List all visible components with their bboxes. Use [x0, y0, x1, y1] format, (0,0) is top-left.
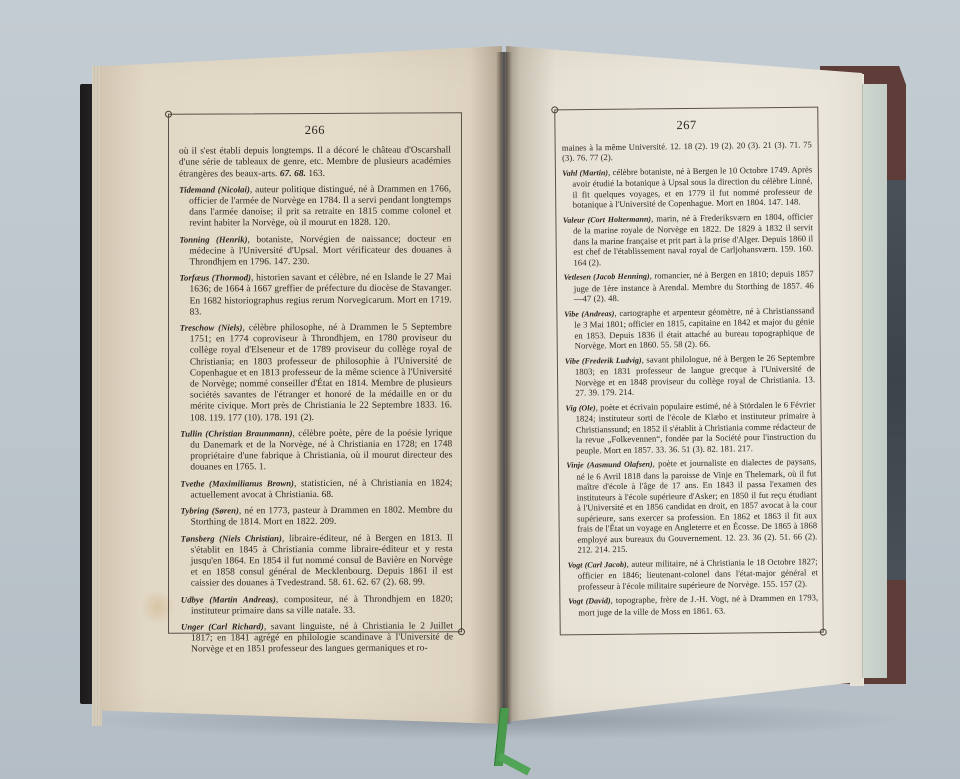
biography-entry: Vahl (Martin), célèbre botaniste, né à B… — [562, 164, 813, 210]
entry-name: Tullin (Christian Braunmann) — [180, 428, 292, 438]
biography-entry: Unger (Carl Richard), savant linguiste, … — [181, 620, 453, 656]
biography-entry: Vinje (Aasmund Olafsen), poète et journa… — [566, 456, 817, 555]
biography-entry: Vogt (David), topographe, frère de J.-H.… — [568, 592, 818, 617]
entry-name: Vibe (Andreas) — [564, 309, 614, 319]
entry-name: Vogt (David) — [568, 596, 611, 606]
entry-name: Tidemand (Nicolai) — [179, 184, 250, 194]
biography-entry: Vibe (Andreas), cartographe et arpenteur… — [564, 305, 815, 351]
entry-name: Tonning (Henrik) — [179, 234, 247, 244]
entry-name: Treschow (Niels) — [180, 322, 243, 332]
continuation-entry: maines à la même Université. 12. 18 (2).… — [562, 139, 812, 163]
biography-entry: Tønsberg (Niels Christian), libraire-édi… — [181, 532, 453, 590]
entry-name: Udbye (Martin Andreas) — [181, 594, 276, 604]
entry-name: Tønsberg (Niels Christian) — [181, 533, 282, 543]
biography-entry: Torfæus (Thormod), historien savant et c… — [179, 272, 451, 319]
entry-name: Vahl (Martin) — [562, 168, 608, 178]
biography-entry: Vetlesen (Jacob Henning), romancier, né … — [564, 268, 814, 304]
continuation-entry: où il s'est établi depuis longtemps. Il … — [179, 146, 451, 181]
right-endpaper — [862, 84, 887, 678]
entry-name: Tybring (Søren) — [180, 505, 238, 515]
biography-entry: Treschow (Niels), célèbre philosophe, né… — [180, 321, 452, 424]
entry-name: Vibe (Frederik Ludvig) — [565, 355, 642, 365]
biography-entry: Vogt (Carl Jacob), auteur militaire, né … — [568, 556, 818, 592]
entry-name: Vinje (Aasmund Olafsen) — [566, 460, 652, 470]
page-number-left: 266 — [179, 124, 451, 136]
entry-name: Vig (Ole) — [565, 403, 595, 412]
book-gutter — [496, 52, 512, 724]
biography-entry: Udbye (Martin Andreas), compositeur, né … — [181, 593, 453, 618]
biography-entry: Vig (Ole), poète et écrivain populaire e… — [565, 399, 816, 456]
biography-entry: Tonning (Henrik), botaniste, Norvégien d… — [179, 233, 451, 269]
biography-entry: Valeur (Cort Holtermann), marin, né à Fr… — [563, 211, 814, 268]
page-number-right: 267 — [562, 118, 812, 132]
entry-name: Unger (Carl Richard) — [181, 621, 264, 631]
right-cover-cloth — [886, 180, 906, 580]
entry-name: Tvethe (Maximilianus Brown) — [180, 478, 294, 488]
biography-entry: Tybring (Søren), né en 1773, pasteur à D… — [180, 504, 452, 529]
right-page-text: 267 maines à la même Université. 12. 18 … — [562, 118, 819, 621]
entry-name: Torfæus (Thormod) — [179, 273, 251, 283]
left-page-text: 266 où il s'est établi depuis longtemps.… — [179, 124, 453, 660]
biography-entry: Tvethe (Maximilianus Brown), statisticie… — [180, 477, 452, 502]
biography-entry: Vibe (Frederik Ludvig), savant philologu… — [565, 352, 816, 398]
biography-entry: Tidemand (Nicolai), auteur politique dis… — [179, 183, 451, 230]
entry-name: Valeur (Cort Holtermann) — [563, 214, 651, 224]
biography-entry: Tullin (Christian Braunmann), célèbre po… — [180, 427, 452, 474]
entry-name: Vogt (Carl Jacob) — [568, 559, 627, 569]
entry-name: Vetlesen (Jacob Henning) — [564, 272, 650, 282]
